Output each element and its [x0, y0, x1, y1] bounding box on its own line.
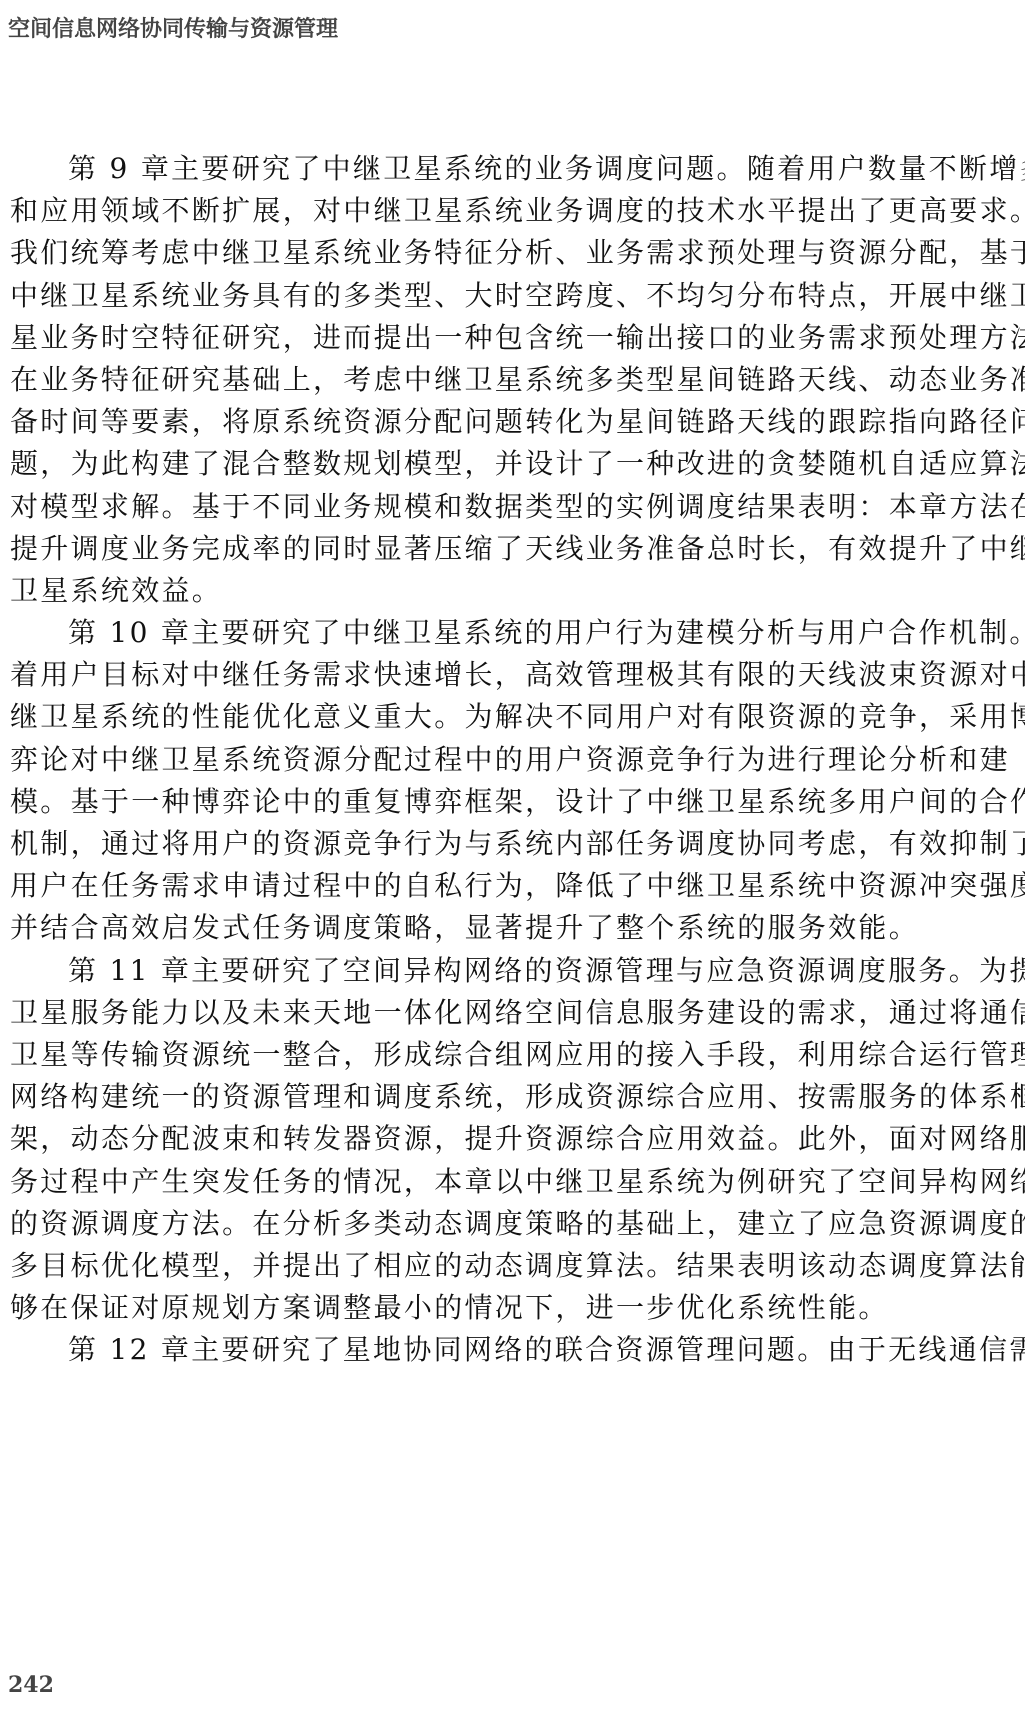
- text-line: 的资源调度方法。在分析多类动态调度策略的基础上，建立了应急资源调度的: [10, 1203, 1010, 1245]
- text-line: 卫星系统效益。: [10, 570, 1010, 612]
- body-text: 第 9 章主要研究了中继卫星系统的业务调度问题。随着用户数量不断增多 和应用领域…: [10, 148, 1010, 1371]
- text-line: 着用户目标对中继任务需求快速增长，高效管理极其有限的天线波束资源对中: [10, 654, 1010, 696]
- text-line: 我们统筹考虑中继卫星系统业务特征分析、业务需求预处理与资源分配，基于: [10, 232, 1010, 274]
- text-line: 第 9 章主要研究了中继卫星系统的业务调度问题。随着用户数量不断增多: [10, 148, 1010, 190]
- text-line: 卫星服务能力以及未来天地一体化网络空间信息服务建设的需求，通过将通信: [10, 992, 1010, 1034]
- paragraph-chapter-12: 第 12 章主要研究了星地协同网络的联合资源管理问题。由于无线通信需求: [10, 1329, 1010, 1371]
- text-line: 弈论对中继卫星系统资源分配过程中的用户资源竞争行为进行理论分析和建: [10, 739, 1010, 781]
- text-line: 网络构建统一的资源管理和调度系统，形成资源综合应用、按需服务的体系框: [10, 1076, 1010, 1118]
- text-line: 务过程中产生突发任务的情况，本章以中继卫星系统为例研究了空间异构网络: [10, 1161, 1010, 1203]
- paragraph-chapter-11: 第 11 章主要研究了空间异构网络的资源管理与应急资源调度服务。为提高 卫星服务…: [10, 950, 1010, 1330]
- text-line: 卫星等传输资源统一整合，形成综合组网应用的接入手段，利用综合运行管理: [10, 1034, 1010, 1076]
- text-line: 模。基于一种博弈论中的重复博弈框架，设计了中继卫星系统多用户间的合作: [10, 781, 1010, 823]
- text-line: 机制，通过将用户的资源竞争行为与系统内部任务调度协同考虑，有效抑制了: [10, 823, 1010, 865]
- text-line: 提升调度业务完成率的同时显著压缩了天线业务准备总时长，有效提升了中继: [10, 528, 1010, 570]
- text-line: 第 11 章主要研究了空间异构网络的资源管理与应急资源调度服务。为提高: [10, 950, 1010, 992]
- text-line: 并结合高效启发式任务调度策略，显著提升了整个系统的服务效能。: [10, 907, 1010, 949]
- text-line: 备时间等要素，将原系统资源分配问题转化为星间链路天线的跟踪指向路径问: [10, 401, 1010, 443]
- paragraph-chapter-9: 第 9 章主要研究了中继卫星系统的业务调度问题。随着用户数量不断增多 和应用领域…: [10, 148, 1010, 612]
- text-line: 对模型求解。基于不同业务规模和数据类型的实例调度结果表明：本章方法在: [10, 486, 1010, 528]
- text-line: 第 10 章主要研究了中继卫星系统的用户行为建模分析与用户合作机制。随: [10, 612, 1010, 654]
- text-line: 在业务特征研究基础上，考虑中继卫星系统多类型星间链路天线、动态业务准: [10, 359, 1010, 401]
- text-line: 多目标优化模型，并提出了相应的动态调度算法。结果表明该动态调度算法能: [10, 1245, 1010, 1287]
- text-line: 第 12 章主要研究了星地协同网络的联合资源管理问题。由于无线通信需求: [10, 1329, 1010, 1371]
- text-line: 架，动态分配波束和转发器资源，提升资源综合应用效益。此外，面对网络服: [10, 1118, 1010, 1160]
- text-line: 和应用领域不断扩展，对中继卫星系统业务调度的技术水平提出了更高要求。: [10, 190, 1010, 232]
- text-line: 星业务时空特征研究，进而提出一种包含统一输出接口的业务需求预处理方法。: [10, 317, 1010, 359]
- text-line: 用户在任务需求申请过程中的自私行为，降低了中继卫星系统中资源冲突强度，: [10, 865, 1010, 907]
- page-number: 242: [8, 1672, 54, 1698]
- paragraph-chapter-10: 第 10 章主要研究了中继卫星系统的用户行为建模分析与用户合作机制。随 着用户目…: [10, 612, 1010, 950]
- text-line: 继卫星系统的性能优化意义重大。为解决不同用户对有限资源的竞争，采用博: [10, 696, 1010, 738]
- text-line: 够在保证对原规划方案调整最小的情况下，进一步优化系统性能。: [10, 1287, 1010, 1329]
- running-header-title: 空间信息网络协同传输与资源管理: [8, 12, 338, 43]
- text-line: 题，为此构建了混合整数规划模型，并设计了一种改进的贪婪随机自适应算法: [10, 443, 1010, 485]
- text-line: 中继卫星系统业务具有的多类型、大时空跨度、不均匀分布特点，开展中继卫: [10, 275, 1010, 317]
